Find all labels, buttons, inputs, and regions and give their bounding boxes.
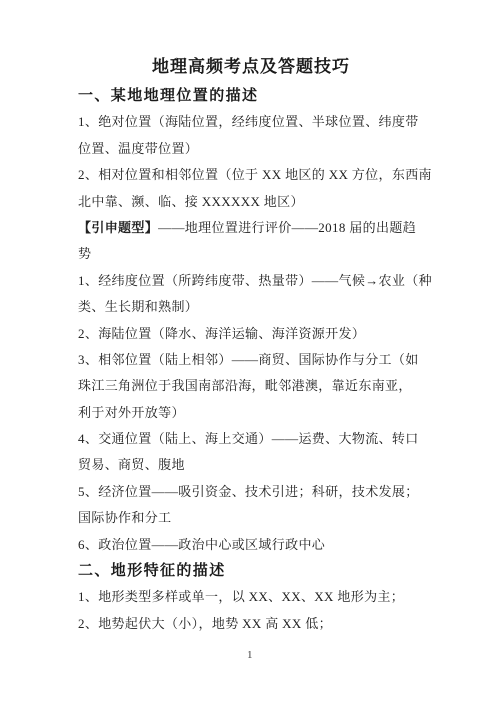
- text-line: 4、交通位置（陆上、海上交通）——运费、大物流、转口: [78, 426, 424, 452]
- text-line: 珠江三角洲位于我国南部沿海，毗邻港澳，靠近东南亚，: [78, 373, 424, 399]
- text-line: 【引申题型】——地理位置进行评价——2018 届的出题趋: [78, 215, 424, 241]
- text-line: 6、政治位置——政治中心或区域行政中心: [78, 532, 424, 558]
- document-title: 地理高频考点及答题技巧: [78, 51, 424, 83]
- text-line: 位置、温度带位置）: [78, 136, 424, 162]
- text-line: 类、生长期和熟制）: [78, 294, 424, 320]
- text-line: 国际协作和分工: [78, 505, 424, 531]
- text-line: 1、经纬度位置（所跨纬度带、热量带）——气候→农业（种: [78, 268, 424, 294]
- paragraphs-container: 一、某地地理位置的描述1、绝对位置（海陆位置，经纬度位置、半球位置、纬度带位置、…: [78, 83, 424, 637]
- text-line: 势: [78, 241, 424, 267]
- section-heading: 一、某地地理位置的描述: [78, 83, 424, 109]
- document-content: 地理高频考点及答题技巧 一、某地地理位置的描述1、绝对位置（海陆位置，经纬度位置…: [78, 51, 424, 637]
- section-heading: 二、地形特征的描述: [78, 558, 424, 584]
- text-line: 2、相对位置和相邻位置（位于 XX 地区的 XX 方位，东西南: [78, 162, 424, 188]
- text-line: 5、经济位置——吸引资金、技术引进；科研，技术发展；: [78, 479, 424, 505]
- bold-label: 【引申题型】: [78, 220, 158, 235]
- text-line: 贸易、商贸、腹地: [78, 452, 424, 478]
- text-line: 2、海陆位置（降水、海洋运输、海洋资源开发）: [78, 321, 424, 347]
- text-line: 2、地势起伏大（小），地势 XX 高 XX 低；: [78, 611, 424, 637]
- text-line: 北中靠、濒、临、接 XXXXXX 地区）: [78, 189, 424, 215]
- text-line: 1、绝对位置（海陆位置，经纬度位置、半球位置、纬度带: [78, 109, 424, 135]
- text-line: 3、相邻位置（陆上相邻）——商贸、国际协作与分工（如: [78, 347, 424, 373]
- page-number: 1: [0, 649, 500, 661]
- text-line: 1、地形类型多样或单一，以 XX、XX、XX 地形为主；: [78, 584, 424, 610]
- document-page: 地理高频考点及答题技巧 一、某地地理位置的描述1、绝对位置（海陆位置，经纬度位置…: [0, 0, 500, 707]
- text-line: 利于对外开放等）: [78, 400, 424, 426]
